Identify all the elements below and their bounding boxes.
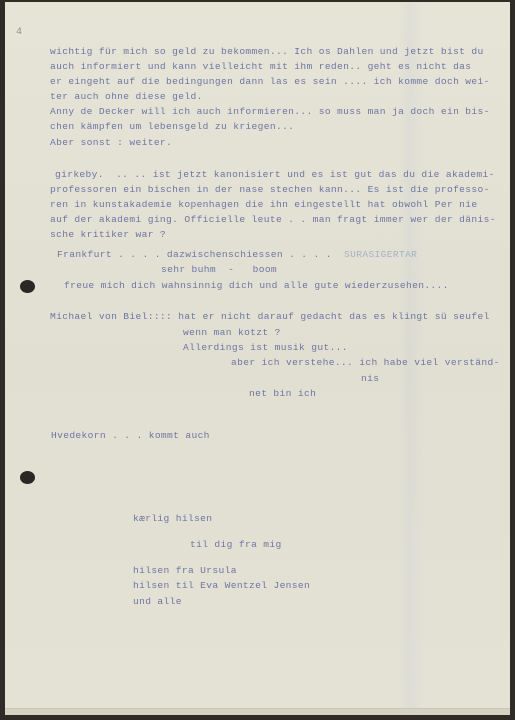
- michael-line: Allerdings ist musik gut...: [183, 342, 348, 354]
- paragraph1-line: chen kämpfen um lebensgeld zu kriegen...: [50, 121, 294, 133]
- paragraph2-line: auf der akademi ging. Officielle leute .…: [50, 214, 496, 226]
- paragraph1-line: auch informiert und kann vielleicht mit …: [50, 61, 471, 73]
- page-number: 4: [16, 27, 22, 39]
- michael-line: aber ich verstehe... ich habe viel verst…: [231, 357, 500, 369]
- closing-line: hilsen til Eva Wentzel Jensen: [133, 580, 310, 592]
- paragraph1-line: ter auch ohne diese geld.: [50, 91, 203, 103]
- paragraph1-line: Aber sonst : weiter.: [50, 137, 172, 149]
- michael-line: nis: [361, 373, 379, 385]
- punch-hole-bottom: [20, 471, 35, 484]
- punch-hole-top: [20, 280, 35, 293]
- paragraph2-line: professoren ein bischen in der nase stec…: [50, 184, 490, 196]
- closing-line: und alle: [133, 596, 182, 608]
- page-bottom-edge: [5, 708, 510, 715]
- paragraph1-line: wichtig für mich so geld zu bekommen... …: [50, 46, 484, 58]
- michael-line: Michael von Biel:::: hat er nicht darauf…: [50, 311, 490, 323]
- paragraph1-line: Anny de Decker will ich auch informieren…: [50, 106, 490, 118]
- closing-line: til dig fra mig: [190, 539, 282, 551]
- paragraph2-line: girkeby. .. .. ist jetzt kanonisiert und…: [55, 169, 495, 181]
- closing-line: kærlig hilsen: [133, 513, 212, 525]
- paragraph1-line: er eingeht auf die bedingungen dann las …: [50, 76, 490, 88]
- frankfurt-line: sehr buhm - boom: [161, 264, 277, 276]
- frankfurt-line: freue mich dich wahnsinnig dich und alle…: [64, 280, 449, 292]
- paragraph2-line: sche kritiker war ?: [50, 229, 166, 241]
- frankfurt-line: Frankfurt . . . . dazwischenschiessen . …: [57, 249, 332, 261]
- closing-line: hilsen fra Ursula: [133, 565, 237, 577]
- michael-line: wenn man kotzt ?: [183, 327, 281, 339]
- michael-line: net bin ich: [249, 388, 316, 400]
- stamped-word: SURASIGERTAR: [344, 249, 417, 261]
- paragraph2-line: ren in kunstakademie kopenhagen die ihn …: [50, 199, 478, 211]
- hvedekorn-line: Hvedekorn . . . kommt auch: [51, 430, 210, 442]
